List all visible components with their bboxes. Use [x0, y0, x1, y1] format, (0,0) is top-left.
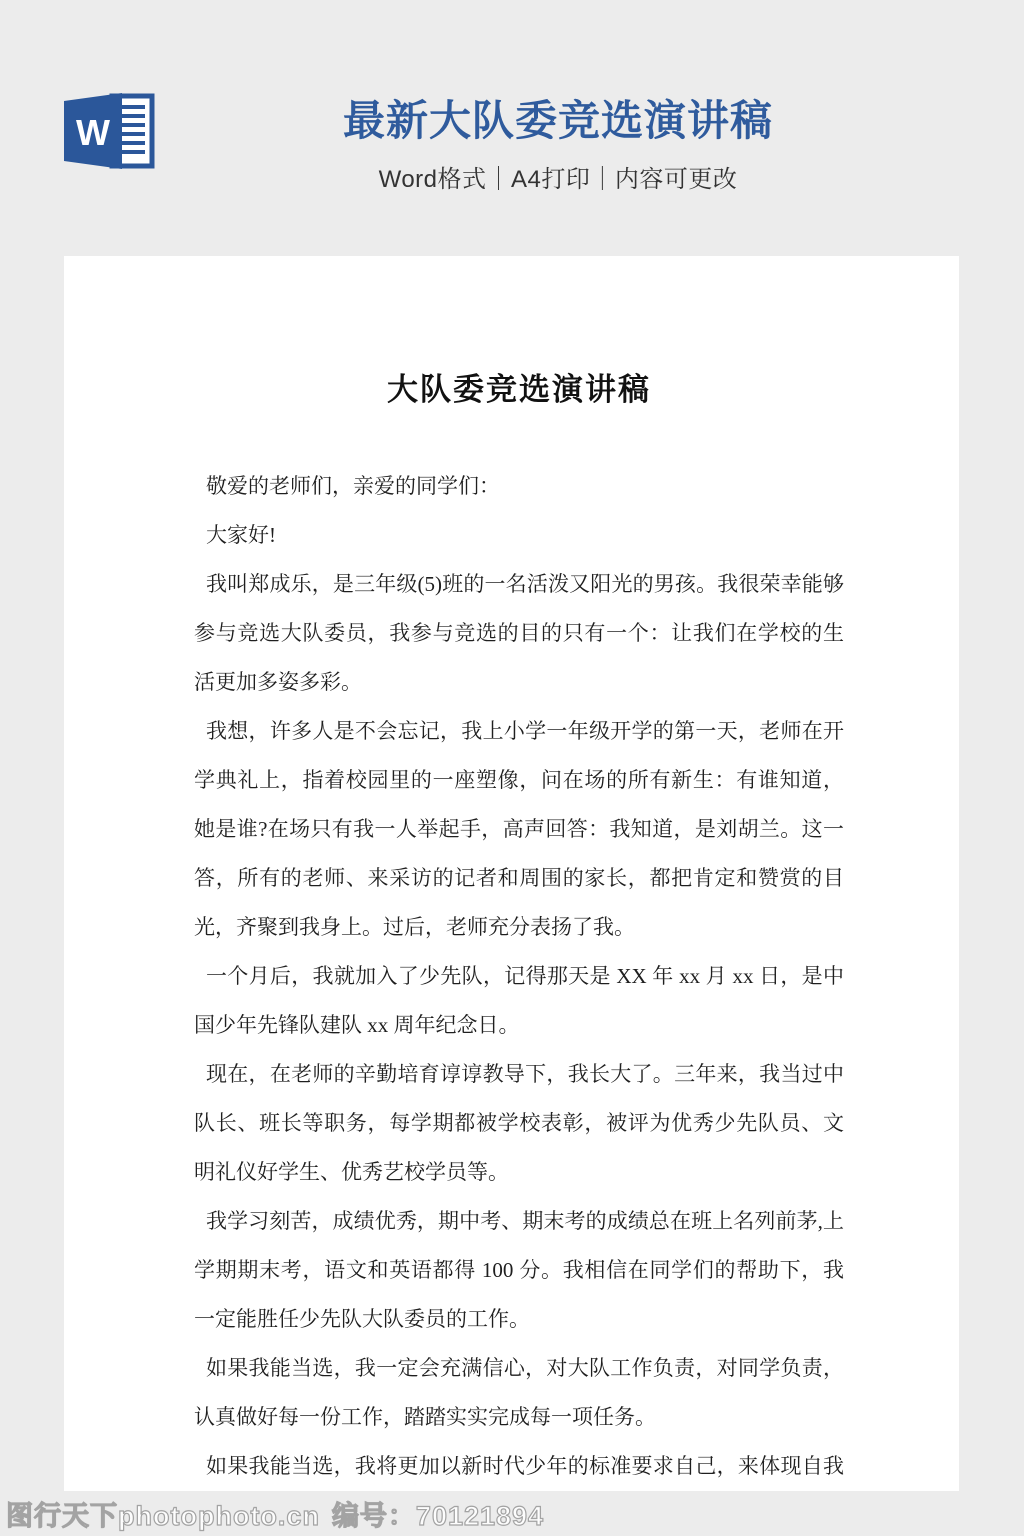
paragraph-growth: 现在，在老师的辛勤培育谆谆教导下，我长大了。三年来，我当过中队长、班长等职务，每…: [194, 1050, 844, 1197]
document-page: 大队委竞选演讲稿 敬爱的老师们，亲爱的同学们： 大家好! 我叫郑成乐，是三年级(…: [64, 256, 959, 1491]
watermark-id: 编号：70121894: [332, 1494, 544, 1533]
paragraph-joining: 一个月后，我就加入了少先队，记得那天是 XX 年 xx 月 xx 日，是中国少年…: [194, 952, 844, 1050]
paragraph-salutation: 敬爱的老师们，亲爱的同学们：: [194, 462, 844, 511]
header: W 最新大队委竞选演讲稿 Word格式｜A4打印｜内容可更改: [0, 0, 1024, 256]
footer-watermark: 图行天下photophoto.cn 编号：70121894: [0, 1491, 1024, 1536]
paragraph-greeting: 大家好!: [194, 511, 844, 560]
header-subtitle: Word格式｜A4打印｜内容可更改: [92, 159, 1024, 194]
document-body: 敬爱的老师们，亲爱的同学们： 大家好! 我叫郑成乐，是三年级(5)班的一名活泼又…: [194, 462, 844, 1491]
paragraph-intro: 我叫郑成乐，是三年级(5)班的一名活泼又阳光的男孩。我很荣幸能够参与竞选大队委员…: [194, 560, 844, 707]
template-preview: W 最新大队委竞选演讲稿 Word格式｜A4打印｜内容可更改 大队委竞选演讲稿 …: [0, 0, 1024, 1536]
paragraph-promise-1: 如果我能当选，我一定会充满信心，对大队工作负责，对同学负责，认真做好每一份工作，…: [194, 1344, 844, 1442]
document-title: 大队委竞选演讲稿: [194, 368, 844, 412]
header-title: 最新大队委竞选演讲稿: [92, 96, 1024, 146]
paragraph-promise-2: 如果我能当选，我将更加以新时代少年的标准要求自己，来体现自我价值，实: [194, 1442, 844, 1491]
paragraph-story: 我想，许多人是不会忘记，我上小学一年级开学的第一天，老师在开学典礼上，指着校园里…: [194, 707, 844, 952]
watermark-site: 图行天下photophoto.cn: [6, 1494, 320, 1533]
paragraph-grades: 我学习刻苦，成绩优秀，期中考、期末考的成绩总在班上名列前茅,上学期期末考，语文和…: [194, 1197, 844, 1344]
header-text: 最新大队委竞选演讲稿 Word格式｜A4打印｜内容可更改: [92, 96, 1024, 194]
